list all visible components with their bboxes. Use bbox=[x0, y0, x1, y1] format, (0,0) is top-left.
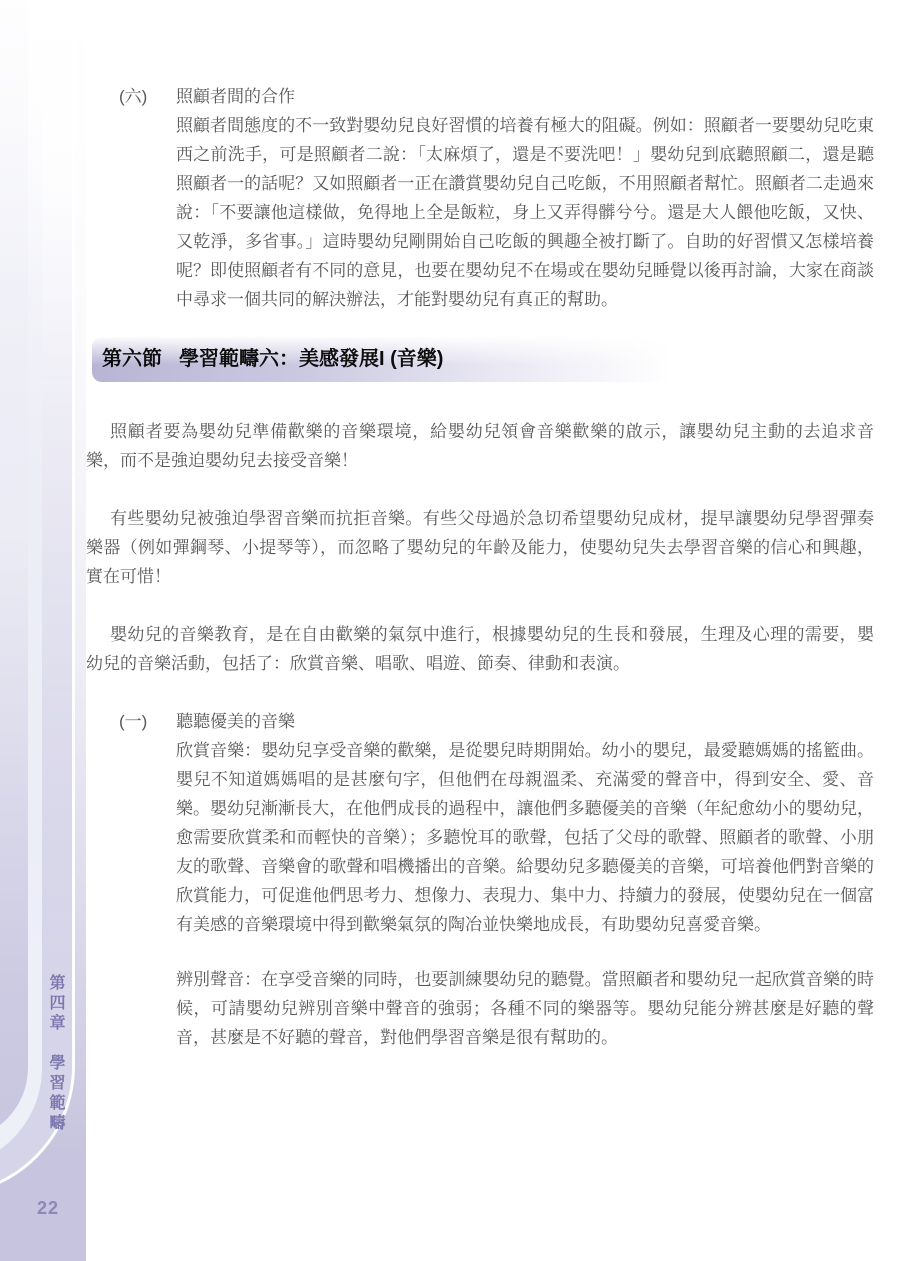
list-item-one-label: (一) bbox=[119, 707, 176, 1052]
section-title: 學習範疇六：美感發展I (音樂) bbox=[179, 345, 443, 374]
document-page: 第四章 學習範疇 22 (六) 照顧者間的合作 照顧者間態度的不一致對嬰幼兒良好… bbox=[0, 0, 900, 1261]
paragraph-1: 照顧者要為嬰幼兒準備歡樂的音樂環境，給嬰幼兒領會音樂歡樂的啟示，讓嬰幼兒主動的去… bbox=[86, 417, 874, 475]
list-item-six: (六) 照顧者間的合作 照顧者間態度的不一致對嬰幼兒良好習慣的培養有極大的阻礙。… bbox=[119, 82, 874, 314]
paragraph-2: 有些嬰幼兒被強迫學習音樂而抗拒音樂。有些父母過於急切希望嬰幼兒成材，提早讓嬰幼兒… bbox=[86, 504, 874, 591]
list-item-one: (一) 聽聽優美的音樂 欣賞音樂：嬰幼兒享受音樂的歡樂，是從嬰兒時期開始。幼小的… bbox=[119, 707, 874, 1052]
chapter-sidebar: 第四章 學習範疇 22 bbox=[0, 0, 86, 1261]
list-item-one-paragraph-2: 辨別聲音：在享受音樂的同時，也要訓練嬰幼兒的聽覺。當照顧者和嬰幼兒一起欣賞音樂的… bbox=[176, 965, 874, 1052]
section-number: 第六節 bbox=[102, 345, 162, 374]
list-item-one-body: 聽聽優美的音樂 欣賞音樂：嬰幼兒享受音樂的歡樂，是從嬰兒時期開始。幼小的嬰兒，最… bbox=[176, 707, 874, 1052]
list-item-six-label: (六) bbox=[119, 82, 176, 314]
list-item-six-text: 照顧者間態度的不一致對嬰幼兒良好習慣的培養有極大的阻礙。例如：照顧者一要嬰幼兒吃… bbox=[176, 111, 874, 314]
section-heading-bar: 第六節 學習範疇六：美感發展I (音樂) bbox=[92, 337, 874, 382]
list-item-one-paragraph-1: 欣賞音樂：嬰幼兒享受音樂的歡樂，是從嬰兒時期開始。幼小的嬰兒，最愛聽媽媽的搖籃曲… bbox=[176, 736, 874, 939]
paragraph-3: 嬰幼兒的音樂教育，是在自由歡樂的氣氛中進行，根據嬰幼兒的生長和發展，生理及心理的… bbox=[86, 620, 874, 678]
chapter-vertical-caption: 第四章 學習範疇 bbox=[44, 974, 67, 1134]
page-content: (六) 照顧者間的合作 照顧者間態度的不一致對嬰幼兒良好習慣的培養有極大的阻礙。… bbox=[86, 0, 874, 1052]
list-item-one-title: 聽聽優美的音樂 bbox=[176, 707, 874, 736]
sidebar-curve-inner bbox=[0, 0, 28, 1140]
list-item-six-title: 照顧者間的合作 bbox=[176, 82, 874, 111]
list-item-six-body: 照顧者間的合作 照顧者間態度的不一致對嬰幼兒良好習慣的培養有極大的阻礙。例如：照… bbox=[176, 82, 874, 314]
page-number: 22 bbox=[37, 1198, 59, 1219]
